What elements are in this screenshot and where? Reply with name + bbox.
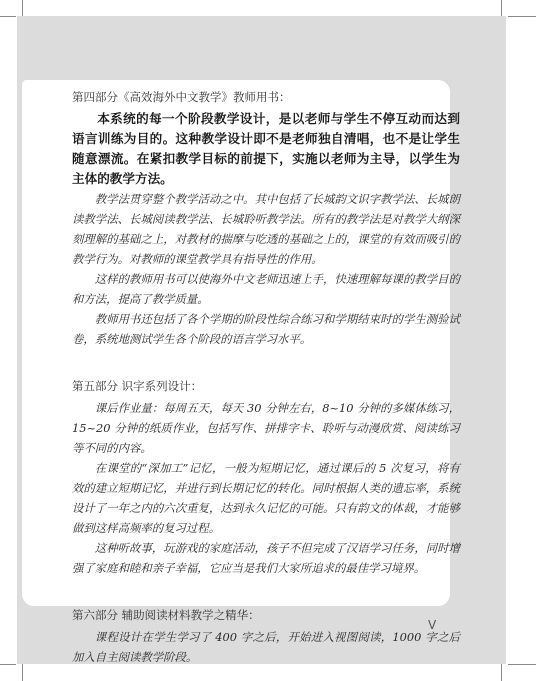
crop-mark-br-h xyxy=(508,664,536,665)
paragraph: 在课堂的“深加工”记忆，一般为短期记忆，通过课后的 5 次复习，将有效的建立短期… xyxy=(72,458,460,538)
section-gap xyxy=(72,349,460,377)
card-notch-bottom xyxy=(17,598,25,606)
crop-mark-bl-v xyxy=(22,662,23,681)
paragraph: 教学法贯穿整个教学活动之中。其中包括了长城韵文识字教学法、长城朗读教学法、长城阅… xyxy=(72,189,460,269)
section-heading: 第四部分《高效海外中文教学》教师用书： xyxy=(72,88,460,106)
section-part-5: 第五部分 识字系列设计： 课后作业量：每周五天，每天 30 分钟左右，8~10 … xyxy=(72,377,460,578)
crop-mark-br-v xyxy=(501,662,502,681)
paragraph: 课程设计在学生学习了 400 字之后，开始进入视图阅读，1000 字之后加入自主… xyxy=(72,627,460,667)
card-notch-top xyxy=(17,80,25,88)
paragraph: 课后作业量：每周五天，每天 30 分钟左右，8~10 分钟的多媒体练习，15~2… xyxy=(72,398,460,458)
section-part-4: 第四部分《高效海外中文教学》教师用书： 本系统的每一个阶段教学设计，是以老师与学… xyxy=(72,88,460,349)
crop-mark-bl-h xyxy=(0,664,16,665)
paragraph: 本系统的每一个阶段教学设计，是以老师与学生不停互动而达到语言训练为目的。这种教学… xyxy=(72,109,460,189)
section-heading: 第六部分 辅助阅读材料教学之精华： xyxy=(72,606,460,624)
paragraph: 这样的教师用书可以使海外中文老师迅速上手，快速理解每课的教学目的和方法，提高了教… xyxy=(72,269,460,309)
paragraph: 教师用书还包括了各个学期的阶段性综合练习和学期结束时的学生测验试卷，系统地测试学… xyxy=(72,309,460,349)
section-heading: 第五部分 识字系列设计： xyxy=(72,377,460,395)
crop-mark-tl-h xyxy=(0,16,16,17)
section-gap xyxy=(72,578,460,606)
paragraph: 这种听故事，玩游戏的家庭活动，孩子不但完成了汉语学习任务，同时增强了家庭和睦和亲… xyxy=(72,538,460,578)
document-body: 第四部分《高效海外中文教学》教师用书： 本系统的每一个阶段教学设计，是以老师与学… xyxy=(72,88,460,667)
section-part-6: 第六部分 辅助阅读材料教学之精华： 课程设计在学生学习了 400 字之后，开始进… xyxy=(72,606,460,667)
crop-mark-tr-h xyxy=(508,16,536,17)
page-number: V xyxy=(428,618,436,632)
